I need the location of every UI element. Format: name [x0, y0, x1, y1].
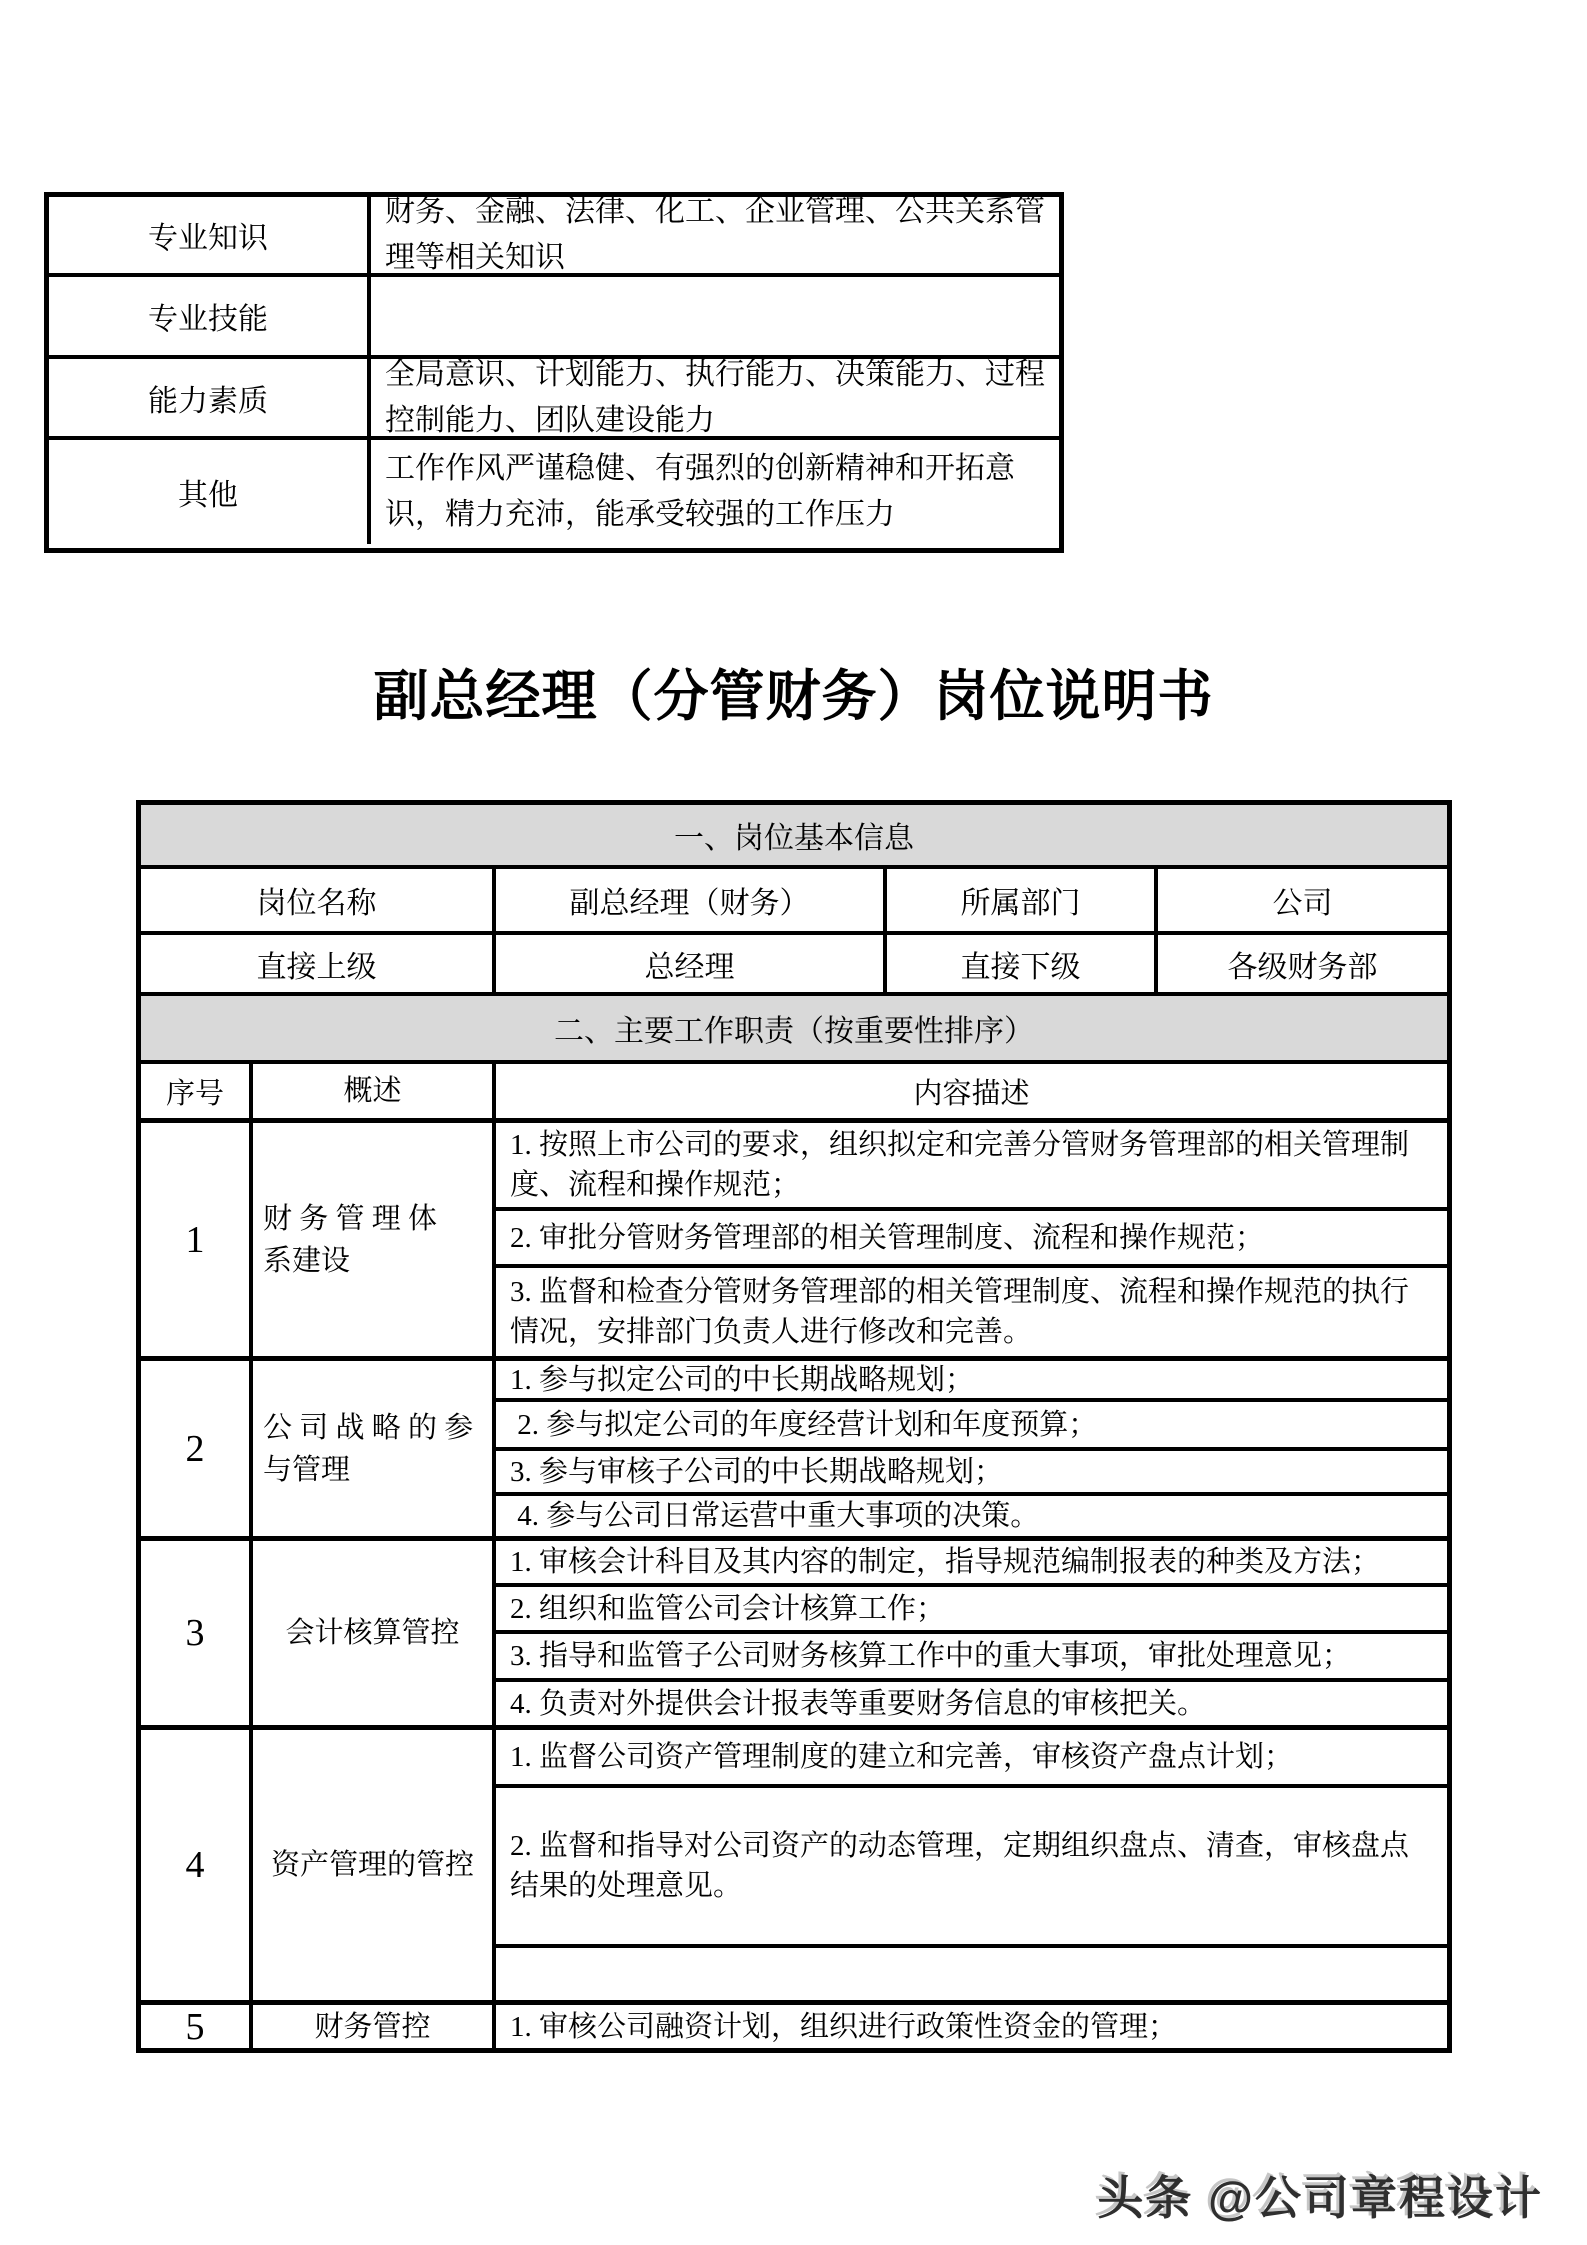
table-row: 专业技能 — [49, 277, 1059, 359]
duty-row: 2 公 司 战 略 的 参 与管理 1. 参与拟定公司的中长期战略规划； 2. … — [141, 1361, 1447, 1541]
duty-no: 4 — [141, 1730, 249, 2000]
duty-content: 1. 参与拟定公司的中长期战略规划； 2. 参与拟定公司的年度经营计划和年度预算… — [492, 1361, 1447, 1536]
info-value-cell: 公司 — [1154, 869, 1447, 931]
section-header-duties: 二、主要工作职责（按重要性排序） — [141, 996, 1447, 1064]
duty-content: 1. 监督公司资产管理制度的建立和完善，审核资产盘点计划； 2. 监督和指导对公… — [492, 1730, 1447, 2000]
duty-row: 5 财务管控 1. 审核公司融资计划，组织进行政策性资金的管理； — [141, 2005, 1447, 2048]
duty-content: 1. 审核会计科目及其内容的制定，指导规范编制报表的种类及方法； 2. 组织和监… — [492, 1541, 1447, 1725]
qualification-table: 专业知识 财务、金融、法律、化工、企业管理、公共关系管理等相关知识 专业技能 能… — [44, 192, 1064, 553]
duty-item: 1. 按照上市公司的要求，组织拟定和完善分管财务管理部的相关管理制度、流程和操作… — [496, 1123, 1447, 1207]
duty-item: 1. 监督公司资产管理制度的建立和完善，审核资产盘点计划； — [496, 1730, 1447, 1784]
qual-row-label: 专业知识 — [49, 197, 367, 273]
page-title: 副总经理（分管财务）岗位说明书 — [0, 652, 1587, 731]
duty-no: 2 — [141, 1361, 249, 1536]
table-row: 其他 工作作风严谨稳健、有强烈的创新精神和开拓意识，精力充沛，能承受较强的工作压… — [49, 440, 1059, 544]
info-label-cell: 岗位名称 — [141, 869, 492, 931]
duty-item: 2. 参与拟定公司的年度经营计划和年度预算； — [496, 1398, 1447, 1447]
qual-row-content: 财务、金融、法律、化工、企业管理、公共关系管理等相关知识 — [367, 197, 1059, 273]
info-label-cell: 所属部门 — [883, 869, 1154, 931]
info-label-cell: 直接上级 — [141, 935, 492, 992]
duty-summary: 资产管理的管控 — [249, 1730, 492, 2000]
duty-summary: 公 司 战 略 的 参 与管理 — [249, 1361, 492, 1536]
duty-item: 3. 监督和检查分管财务管理部的相关管理制度、流程和操作规范的执行情况，安排部门… — [496, 1264, 1447, 1356]
duty-content: 1. 按照上市公司的要求，组织拟定和完善分管财务管理部的相关管理制度、流程和操作… — [492, 1123, 1447, 1356]
section-header-basic-info: 一、岗位基本信息 — [141, 805, 1447, 869]
duty-row: 1 财 务 管 理 体 系建设 1. 按照上市公司的要求，组织拟定和完善分管财务… — [141, 1123, 1447, 1361]
duty-no: 5 — [141, 2005, 249, 2048]
duty-item: 2. 监督和指导对公司资产的动态管理，定期组织盘点、清查，审核盘点结果的处理意见… — [496, 1784, 1447, 1944]
table-row: 专业知识 财务、金融、法律、化工、企业管理、公共关系管理等相关知识 — [49, 197, 1059, 277]
duty-item: 3. 参与审核子公司的中长期战略规划； — [496, 1447, 1447, 1492]
qual-row-label: 其他 — [49, 440, 367, 544]
info-value-cell: 副总经理（财务） — [492, 869, 883, 931]
duty-row: 3 会计核算管控 1. 审核会计科目及其内容的制定，指导规范编制报表的种类及方法… — [141, 1541, 1447, 1730]
duty-summary: 财 务 管 理 体 系建设 — [249, 1123, 492, 1356]
table-row: 能力素质 全局意识、计划能力、执行能力、决策能力、过程控制能力、团队建设能力 — [49, 359, 1059, 440]
table-row: 直接上级 总经理 直接下级 各级财务部 — [141, 935, 1447, 996]
qual-row-label: 能力素质 — [49, 359, 367, 436]
column-header-description: 内容描述 — [492, 1064, 1447, 1118]
duty-item: 1. 参与拟定公司的中长期战略规划； — [496, 1361, 1447, 1398]
column-header-no: 序号 — [141, 1064, 249, 1118]
duty-summary: 财务管控 — [249, 2005, 492, 2048]
info-label-cell: 直接下级 — [883, 935, 1154, 992]
duty-item: 1. 审核公司融资计划，组织进行政策性资金的管理； — [496, 2005, 1447, 2048]
duty-item — [496, 1944, 1447, 2000]
table-row: 岗位名称 副总经理（财务） 所属部门 公司 — [141, 869, 1447, 935]
duty-summary: 会计核算管控 — [249, 1541, 492, 1725]
info-value-cell: 各级财务部 — [1154, 935, 1447, 992]
column-header-summary: 概述 — [249, 1064, 492, 1118]
duty-item: 1. 审核会计科目及其内容的制定，指导规范编制报表的种类及方法； — [496, 1541, 1447, 1583]
info-value-cell: 总经理 — [492, 935, 883, 992]
duty-columns-header: 序号 概述 内容描述 — [141, 1064, 1447, 1123]
job-description-table: 一、岗位基本信息 岗位名称 副总经理（财务） 所属部门 公司 直接上级 总经理 … — [136, 800, 1452, 2053]
duty-item: 2. 审批分管财务管理部的相关管理制度、流程和操作规范； — [496, 1207, 1447, 1264]
qual-row-label: 专业技能 — [49, 277, 367, 355]
qual-row-content — [367, 277, 1059, 355]
duty-content: 1. 审核公司融资计划，组织进行政策性资金的管理； — [492, 2005, 1447, 2048]
qual-row-content: 全局意识、计划能力、执行能力、决策能力、过程控制能力、团队建设能力 — [367, 359, 1059, 436]
duty-item: 2. 组织和监管公司会计核算工作； — [496, 1583, 1447, 1630]
duty-item: 3. 指导和监管子公司财务核算工作中的重大事项，审批处理意见； — [496, 1630, 1447, 1678]
duty-item: 4. 负责对外提供会计报表等重要财务信息的审核把关。 — [496, 1678, 1447, 1725]
duty-no: 1 — [141, 1123, 249, 1356]
duty-row: 4 资产管理的管控 1. 监督公司资产管理制度的建立和完善，审核资产盘点计划； … — [141, 1730, 1447, 2005]
duty-item: 4. 参与公司日常运营中重大事项的决策。 — [496, 1492, 1447, 1536]
duty-no: 3 — [141, 1541, 249, 1725]
watermark-text: 头条 @公司章程设计 — [1097, 2162, 1543, 2228]
document-page: { "colors": { "header_bg": "#d9d9d9", "b… — [0, 0, 1587, 2245]
qual-row-content: 工作作风严谨稳健、有强烈的创新精神和开拓意识，精力充沛，能承受较强的工作压力 — [367, 440, 1059, 544]
